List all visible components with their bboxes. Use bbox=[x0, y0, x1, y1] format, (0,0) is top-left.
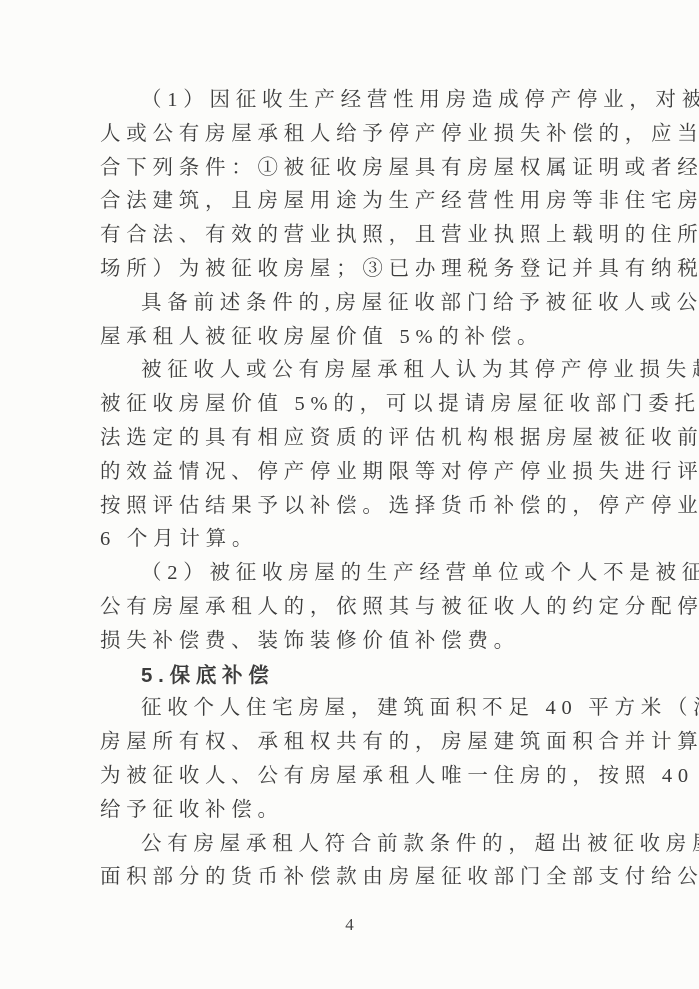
section-heading: 5.保底补偿 bbox=[100, 659, 598, 693]
text-line: 面积部分的货币补偿款由房屋征收部门全部支付给公有房 bbox=[100, 861, 598, 895]
text-line: 场所）为被征收房屋；③已办理税务登记并具有纳税凭证。 bbox=[100, 253, 598, 287]
text-line: 有合法、有效的营业执照，且营业执照上载明的住所（经营 bbox=[100, 219, 598, 253]
paragraph-public-housing-tenant: 公有房屋承租人符合前款条件的，超出被征收房屋建筑 面积部分的货币补偿款由房屋征收… bbox=[100, 828, 598, 896]
text-line: 公有房屋承租人符合前款条件的，超出被征收房屋建筑 bbox=[100, 828, 598, 862]
page-number: 4 bbox=[0, 913, 699, 937]
text-line: 房屋所有权、承租权共有的，房屋建筑面积合并计算），且 bbox=[100, 726, 598, 760]
paragraph-five-percent-compensation: 具备前述条件的,房屋征收部门给予被征收人或公有房 屋承租人被征收房屋价值 5%的… bbox=[100, 287, 598, 355]
paragraph-loss-assessment: 被征收人或公有房屋承租人认为其停产停业损失超过 被征收房屋价值 5%的，可以提请… bbox=[100, 354, 598, 557]
paragraph-small-area-rule: 征收个人住宅房屋，建筑面积不足 40 平方米（涉及到 房屋所有权、承租权共有的，… bbox=[100, 692, 598, 827]
text-line: 给予征收补偿。 bbox=[100, 794, 598, 828]
text-line: 征收个人住宅房屋，建筑面积不足 40 平方米（涉及到 bbox=[100, 692, 598, 726]
text-line: 被征收房屋价值 5%的，可以提请房屋征收部门委托本项目依 bbox=[100, 388, 598, 422]
document-page: （1）因征收生产经营性用房造成停产停业，对被征收 人或公有房屋承租人给予停产停业… bbox=[0, 0, 699, 989]
text-line: 合法建筑，且房屋用途为生产经营性用房等非住宅房屋；② bbox=[100, 185, 598, 219]
page-text: （1）因征收生产经营性用房造成停产停业，对被征收 人或公有房屋承租人给予停产停业… bbox=[100, 84, 598, 895]
text-line: 屋承租人被征收房屋价值 5%的补偿。 bbox=[100, 321, 598, 355]
text-line: 具备前述条件的,房屋征收部门给予被征收人或公有房 bbox=[100, 287, 598, 321]
text-line: 按照评估结果予以补偿。选择货币补偿的，停产停业期限按 bbox=[100, 490, 598, 524]
text-line: （1）因征收生产经营性用房造成停产停业，对被征收 bbox=[100, 84, 598, 118]
text-line: 法选定的具有相应资质的评估机构根据房屋被征收前三年 bbox=[100, 422, 598, 456]
text-line: 6 个月计算。 bbox=[100, 523, 598, 557]
text-line: 的效益情况、停产停业期限等对停产停业损失进行评估，并 bbox=[100, 456, 598, 490]
text-line: 人或公有房屋承租人给予停产停业损失补偿的，应当同时符 bbox=[100, 118, 598, 152]
text-line: 损失补偿费、装饰装修价值补偿费。 bbox=[100, 625, 598, 659]
text-line: 公有房屋承租人的，依照其与被征收人的约定分配停产停业 bbox=[100, 591, 598, 625]
paragraph-operator-not-owner: （2）被征收房屋的生产经营单位或个人不是被征收人、 公有房屋承租人的，依照其与被… bbox=[100, 557, 598, 658]
section-heading-minimum-compensation: 5.保底补偿 bbox=[100, 659, 598, 693]
text-line: （2）被征收房屋的生产经营单位或个人不是被征收人、 bbox=[100, 557, 598, 591]
text-line: 合下列条件：①被征收房屋具有房屋权属证明或者经认定为 bbox=[100, 152, 598, 186]
text-line: 为被征收人、公有房屋承租人唯一住房的，按照 40 平方米 bbox=[100, 760, 598, 794]
text-line: 被征收人或公有房屋承租人认为其停产停业损失超过 bbox=[100, 354, 598, 388]
paragraph-business-loss-conditions: （1）因征收生产经营性用房造成停产停业，对被征收 人或公有房屋承租人给予停产停业… bbox=[100, 84, 598, 287]
